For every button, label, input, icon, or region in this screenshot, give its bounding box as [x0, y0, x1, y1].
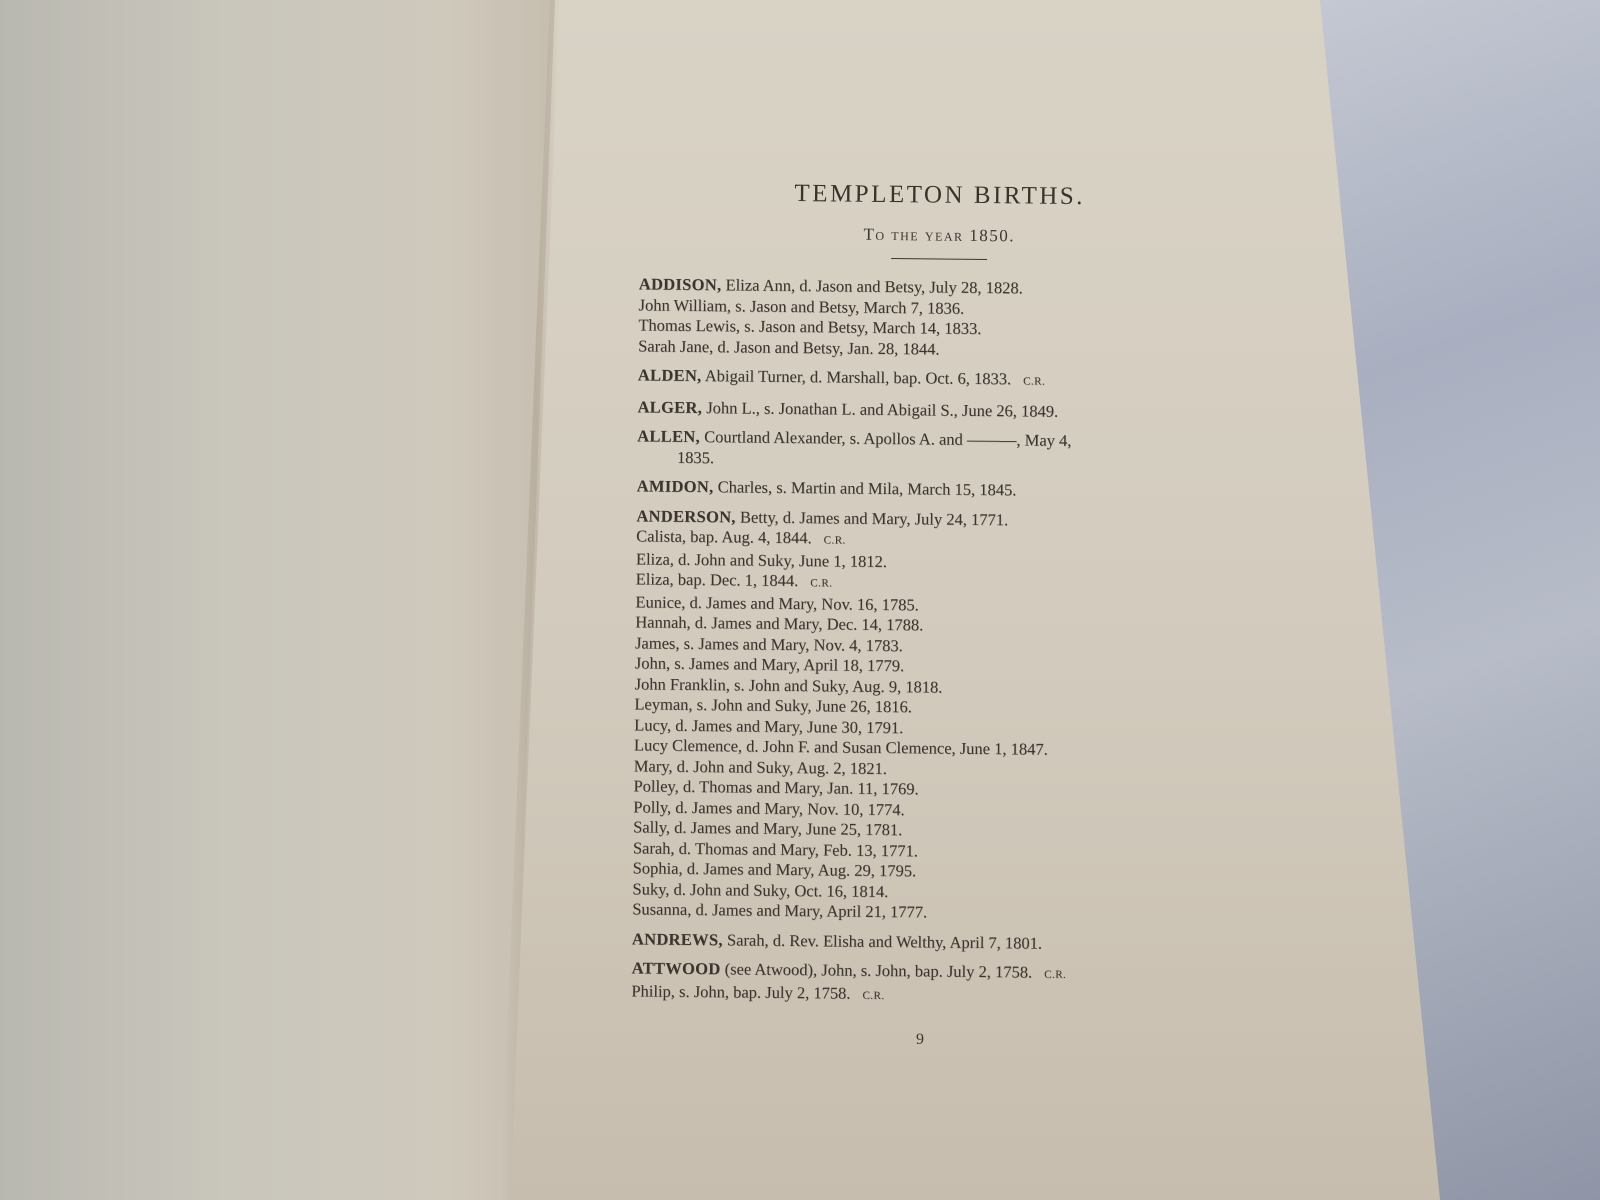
- page-text: TEMPLETON BIRTHS. To the year 1850. ADDI…: [591, 170, 1240, 1019]
- surname: ANDREWS,: [632, 929, 723, 949]
- record-text: John L., s. Jonathan L. and Abigail S., …: [706, 398, 1058, 421]
- record-text: (see Atwood), John, s. John, bap. July 2…: [725, 959, 1033, 981]
- record-text: Leyman, s. John and Suky, June 26, 1816.: [634, 694, 912, 716]
- surname: ADDISON,: [639, 274, 722, 294]
- record-text: Eliza Ann, d. Jason and Betsy, July 28, …: [725, 275, 1022, 297]
- surname: ANDERSON,: [636, 506, 736, 526]
- family-block: AMIDON, Charles, s. Martin and Mila, Mar…: [637, 476, 1237, 503]
- record-text: James, s. James and Mary, Nov. 4, 1783.: [635, 633, 903, 655]
- record-text: Sally, d. James and Mary, June 25, 1781.: [633, 817, 902, 839]
- birth-records: ADDISON, Eliza Ann, d. Jason and Betsy, …: [591, 274, 1239, 1010]
- record-text: Betty, d. James and Mary, July 24, 1771.: [740, 507, 1008, 529]
- record-text: Courtland Alexander, s. Apollos A. and —…: [704, 427, 1072, 450]
- record-text: Sarah Jane, d. Jason and Betsy, Jan. 28,…: [638, 336, 940, 358]
- title-rule: [891, 258, 987, 260]
- record-text: Susanna, d. James and Mary, April 21, 17…: [632, 899, 927, 921]
- record-text: John Franklin, s. John and Suky, Aug. 9,…: [635, 674, 943, 696]
- record-text: Thomas Lewis, s. Jason and Betsy, March …: [638, 315, 981, 338]
- church-record-mark: C.R.: [1044, 969, 1066, 981]
- surname: ALDEN,: [638, 365, 702, 385]
- family-block: ALGER, John L., s. Jonathan L. and Abiga…: [637, 397, 1237, 424]
- surname: AMIDON,: [637, 476, 714, 496]
- page-subtitle: To the year 1850.: [599, 222, 1239, 249]
- surname: ALLEN,: [637, 426, 700, 446]
- record-text: Sarah, d. Thomas and Mary, Feb. 13, 1771…: [633, 838, 918, 860]
- record-text: Charles, s. Martin and Mila, March 15, 1…: [718, 477, 1017, 499]
- record-text: Philip, s. John, bap. July 2, 1758.: [631, 981, 850, 1002]
- family-block: ANDREWS, Sarah, d. Rev. Elisha and Welth…: [632, 929, 1232, 956]
- record-text: Abigail Turner, d. Marshall, bap. Oct. 6…: [705, 366, 1012, 388]
- church-record-mark: C.R.: [862, 989, 884, 1001]
- church-record-mark: C.R.: [824, 534, 846, 546]
- record-text: Eliza, d. John and Suky, June 1, 1812.: [636, 549, 887, 571]
- family-block: ATTWOOD (see Atwood), John, s. John, bap…: [631, 958, 1231, 1009]
- record-text: Polley, d. Thomas and Mary, Jan. 11, 176…: [633, 776, 918, 798]
- left-blank-page: [0, 0, 560, 1200]
- family-block: ALDEN, Abigail Turner, d. Marshall, bap.…: [638, 365, 1238, 394]
- record-text: Polly, d. James and Mary, Nov. 10, 1774.: [633, 797, 904, 819]
- family-block: ANDERSON, Betty, d. James and Mary, July…: [632, 506, 1236, 926]
- record-text: Mary, d. John and Suky, Aug. 2, 1821.: [634, 756, 887, 778]
- family-block: ADDISON, Eliza Ann, d. Jason and Betsy, …: [638, 274, 1239, 362]
- record-line: AMIDON, Charles, s. Martin and Mila, Mar…: [637, 476, 1237, 503]
- record-text: Sophia, d. James and Mary, Aug. 29, 1795…: [633, 858, 917, 880]
- record-text: Eliza, bap. Dec. 1, 1844.: [636, 569, 799, 590]
- record-text: Suky, d. John and Suky, Oct. 16, 1814.: [632, 879, 888, 901]
- page-title: TEMPLETON BIRTHS.: [600, 178, 1240, 213]
- church-record-mark: C.R.: [810, 577, 832, 589]
- record-text: John, s. James and Mary, April 18, 1779.: [635, 653, 905, 675]
- record-line: ANDREWS, Sarah, d. Rev. Elisha and Welth…: [632, 929, 1232, 956]
- surname: ATTWOOD: [632, 958, 721, 978]
- record-text: Lucy, d. James and Mary, June 30, 1791.: [634, 715, 903, 737]
- surname: ALGER,: [637, 397, 702, 417]
- record-line: ALGER, John L., s. Jonathan L. and Abiga…: [637, 397, 1237, 424]
- record-line: ALDEN, Abigail Turner, d. Marshall, bap.…: [638, 365, 1238, 394]
- record-text: Lucy Clemence, d. John F. and Susan Clem…: [634, 735, 1048, 758]
- record-text: Calista, bap. Aug. 4, 1844.: [636, 526, 812, 547]
- church-record-mark: C.R.: [1023, 375, 1045, 387]
- record-text: John William, s. Jason and Betsy, March …: [638, 295, 964, 317]
- record-text: Eunice, d. James and Mary, Nov. 16, 1785…: [635, 592, 919, 614]
- page-number: 9: [916, 1031, 924, 1049]
- record-text: Sarah, d. Rev. Elisha and Welthy, April …: [727, 930, 1042, 952]
- family-block: ALLEN, Courtland Alexander, s. Apollos A…: [637, 426, 1237, 473]
- record-text: Hannah, d. James and Mary, Dec. 14, 1788…: [635, 612, 923, 634]
